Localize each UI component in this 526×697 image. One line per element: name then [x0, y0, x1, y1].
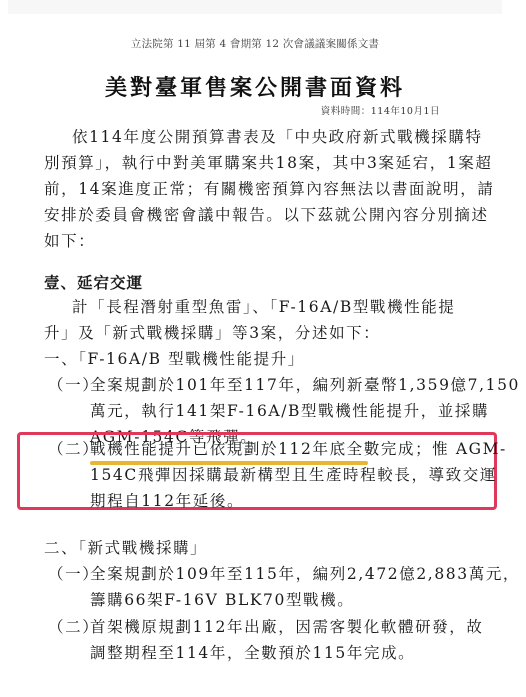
- intro-line-1: 依114年度公開預算書表及「中央政府新式戰機採購特: [72, 127, 483, 147]
- intro-line-5: 如下：: [44, 231, 95, 251]
- item2-sub1-line-1: 全案規劃於109年至115年，編列2,472億2,883萬元，: [90, 564, 520, 584]
- document-header: 立法院第 11 屆第 4 會期第 12 次會議議案關係文書: [0, 36, 526, 51]
- item2-sub2-line-1: 首架機原規劃112年出廠，因需客製化軟體研發，故: [90, 617, 484, 637]
- item1-sub1-line-2: 萬元，執行141架F-16A/B型戰機性能提升，並採購: [90, 401, 489, 421]
- intro-line-3: 前，14案進度正常；有關機密預算內容無法以書面說明，請: [44, 179, 494, 199]
- section-summary-line-1: 計「長程潛射重型魚雷」、「F-16A/B型戰機性能提: [72, 297, 455, 317]
- header-text: 立法院第 11 屆第 4 會期第 12 次會議議案關係文書: [131, 36, 379, 51]
- item1-sub2-line-2: 154C飛彈因採購最新構型且生產時程較長，導致交運: [90, 465, 497, 485]
- intro-line-4: 安排於委員會機密會議中報告。以下茲就公開內容分別摘述: [44, 205, 489, 225]
- item1-sub1-line-1: 全案規劃於101年至117年，編列新臺幣1,359億7,150: [90, 375, 520, 395]
- intro-line-2: 別預算」，執行中對美軍購案共18案，其中3案延宕，1案超: [44, 153, 493, 173]
- item-heading-f16ab: 一、「F-16A/B 型戰機性能提升」: [44, 349, 305, 369]
- document-page: 立法院第 11 屆第 4 會期第 12 次會議議案關係文書 美對臺軍售案公開書面…: [0, 0, 526, 697]
- section-heading-delays: 壹、延宕交運: [44, 273, 143, 293]
- item2-sub1-line-2: 籌購66架F-16V BLK70型戰機。: [90, 590, 354, 610]
- document-title: 美對臺軍售案公開書面資料: [0, 71, 526, 102]
- page-top-shadow: [8, 0, 502, 14]
- document-date: 資料時間：114年10月1日: [321, 103, 440, 117]
- item1-sub2-line-1: 戰機性能提升已依規劃於112年底全數完成；惟 AGM-: [90, 439, 507, 459]
- section-summary-line-2: 升」及「新式戰機採購」等3案，分述如下：: [44, 323, 380, 343]
- title-text: 美對臺軍售案公開書面資料: [105, 71, 405, 102]
- item-heading-new-fighters: 二、「新式戰機採購」: [44, 538, 207, 558]
- item1-sub2-line-3: 期程自112年延後。: [90, 491, 244, 511]
- item2-sub2-line-2: 調整期程至114年，全數預於115年完成。: [90, 643, 415, 663]
